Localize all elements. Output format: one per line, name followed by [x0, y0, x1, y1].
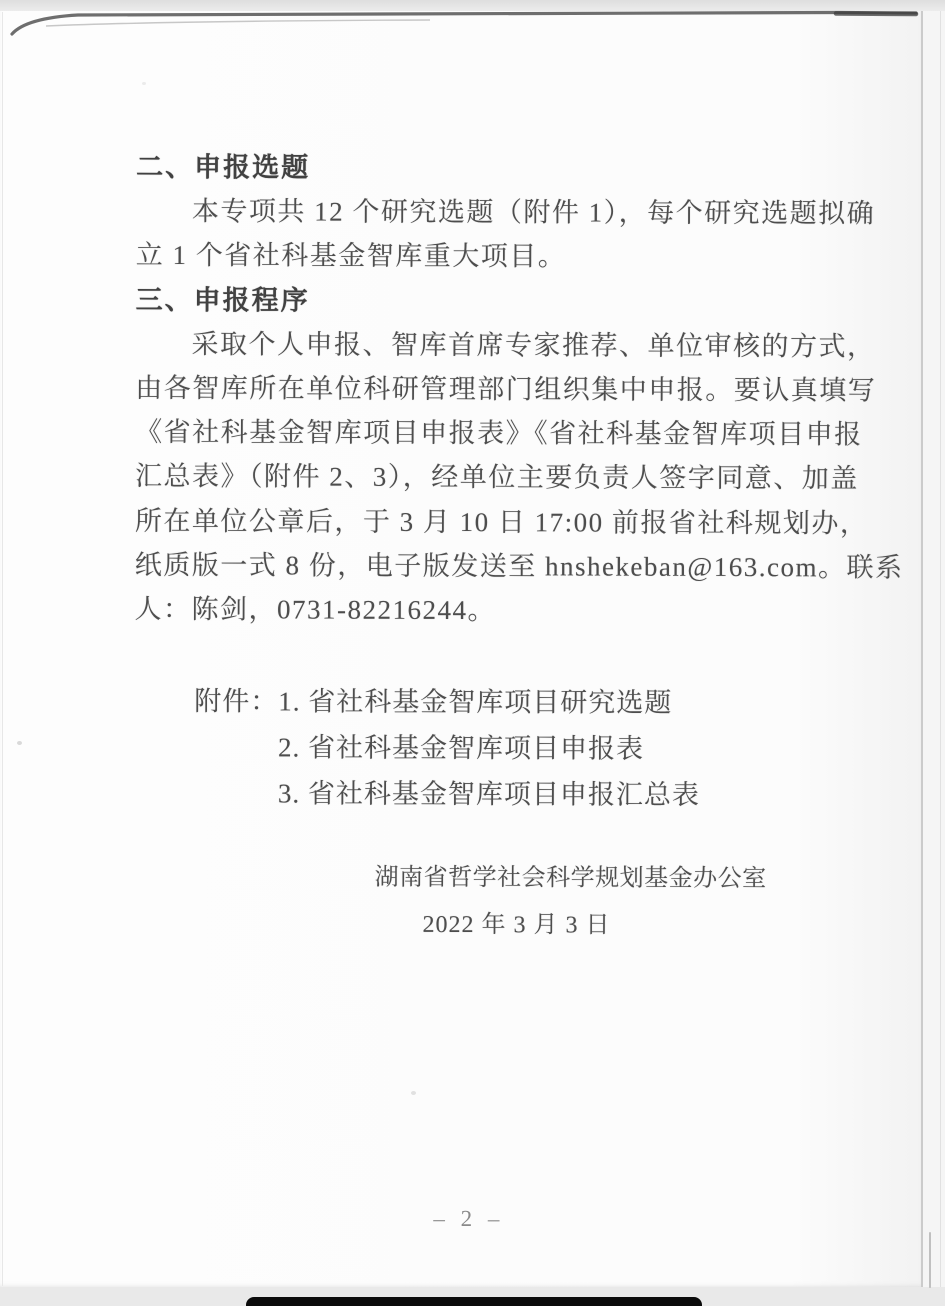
signature-org: 湖南省哲学社会科学规划基金办公室 — [375, 855, 767, 903]
attachment-item-text: 1. 省社科基金智库项目研究选题 — [278, 686, 672, 717]
body-line: 由各智库所在单位科研管理部门组织集中申报。要认真填写 — [135, 366, 835, 413]
body-line: 汇总表》（附件 2、3），经单位主要负责人签字同意、加盖 — [135, 454, 835, 501]
attachment-item: 附件：1. 省社科基金智库项目研究选题 — [194, 678, 700, 726]
section-heading-2: 二、申报选题 — [136, 145, 836, 192]
body-line: 采取个人申报、智库首席专家推荐、单位审核的方式， — [135, 322, 835, 369]
page-number: – 2 – — [0, 1204, 941, 1233]
attachment-item-text: 3. 省社科基金智库项目申报汇总表 — [278, 778, 700, 809]
body-line: 立 1 个省社科基金智库重大项目。 — [136, 233, 836, 280]
attachment-item-text: 2. 省社科基金智库项目申报表 — [278, 732, 644, 763]
home-indicator-bar[interactable] — [246, 1297, 702, 1306]
body-line: 本专项共 12 个研究选题（附件 1），每个研究选题拟确 — [136, 189, 836, 236]
signature-block: 湖南省哲学社会科学规划基金办公室 2022 年 3 月 3 日 — [374, 855, 766, 950]
attachment-item: 附件：3. 省社科基金智库项目申报汇总表 — [194, 770, 700, 818]
document-body: 二、申报选题 本专项共 12 个研究选题（附件 1），每个研究选题拟确 立 1 … — [134, 145, 836, 634]
signature-date: 2022 年 3 月 3 日 — [374, 902, 766, 950]
attachment-list: 附件：1. 省社科基金智库项目研究选题 附件：2. 省社科基金智库项目申报表 附… — [194, 678, 700, 818]
body-line: 所在单位公章后，于 3 月 10 日 17:00 前报省社科规划办， — [135, 498, 835, 545]
body-line: 人：陈剑，0731-82216244。 — [134, 587, 834, 634]
attachment-label: 附件： — [194, 686, 278, 716]
attachment-item: 附件：2. 省社科基金智库项目申报表 — [194, 724, 700, 772]
document-content: 二、申报选题 本专项共 12 个研究选题（附件 1），每个研究选题拟确 立 1 … — [0, 0, 945, 1306]
body-line: 纸质版一式 8 份，电子版发送至 hnshekeban@163.com。联系 — [135, 543, 835, 590]
body-line: 《省社科基金智库项目申报表》《省社科基金智库项目申报 — [135, 410, 835, 457]
section-heading-3: 三、申报程序 — [136, 277, 836, 324]
